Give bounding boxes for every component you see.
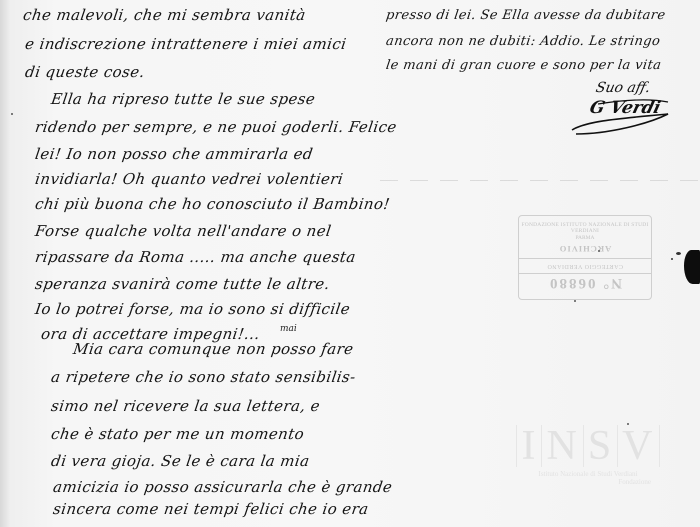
- stamp-city: PARMA: [519, 235, 651, 241]
- handwritten-line: a ripetere che io sono stato sensibilis-: [50, 368, 357, 386]
- handwritten-line: lei! Io non posso che ammirarla ed: [34, 145, 314, 163]
- page-edge-shadow: [0, 0, 10, 527]
- handwritten-line: che malevoli, che mi sembra vanità: [22, 6, 307, 24]
- paper-speck: [598, 250, 600, 252]
- signature-closing: Suo aff.: [594, 80, 652, 96]
- handwritten-line: Mia cara comunque non posso fare: [72, 340, 355, 358]
- stamp-collection: CARTEGGIO VERDIANO: [519, 259, 651, 273]
- ink-speck: [671, 258, 673, 260]
- stamp-institution: FONDAZIONE ISTITUTO NAZIONALE DI STUDI V…: [519, 216, 651, 234]
- handwritten-line: Forse qualche volta nell'andare o nel: [34, 222, 333, 240]
- handwritten-line: Ella ha ripreso tutte le sue spese: [50, 90, 316, 108]
- handwritten-line: ancora non ne dubiti: Addio. Le stringo: [385, 34, 661, 49]
- insv-watermark: I N S V Istituto Nazionale di Studi Verd…: [513, 425, 663, 487]
- stamp-number: N° 06880: [519, 274, 651, 292]
- handwritten-line: che è stato per me un momento: [50, 425, 305, 443]
- paper-speck: [574, 300, 576, 302]
- handwritten-line: chi più buona che ho conosciuto il Bambi…: [34, 195, 391, 213]
- handwritten-line: di vera gioja. Se le è cara la mia: [50, 452, 311, 470]
- paper-speck: [11, 113, 13, 115]
- handwritten-line: sincera come nei tempi felici che io era: [52, 500, 370, 518]
- fold-crease: [380, 180, 700, 181]
- handwritten-line: ridendo per sempre, e ne puoi goderli. F…: [34, 118, 398, 136]
- signature: Suo aff. G Verdi: [568, 80, 678, 130]
- handwritten-line: invidiarla! Oh quanto vedrei volentieri: [34, 170, 344, 188]
- watermark-subtitle-2: Fondazione: [513, 478, 663, 486]
- handwritten-line: amicizia io posso assicurarla che è gran…: [52, 478, 394, 496]
- stamp-archive: ARCHIVIO: [519, 244, 651, 254]
- signature-name: G Verdi: [588, 98, 663, 118]
- watermark-subtitle: Istituto Nazionale di Studi Verdiani: [513, 470, 663, 478]
- paper-speck: [627, 423, 629, 425]
- ink-blot: [684, 250, 700, 284]
- watermark-logo: I N S V: [513, 425, 663, 467]
- handwritten-line: le mani di gran cuore e sono per la vita: [385, 58, 662, 73]
- ink-speck: [676, 252, 681, 255]
- handwritten-line: simo nel ricevere la sua lettera, e: [50, 397, 321, 415]
- handwritten-line: di queste cose.: [24, 63, 146, 81]
- handwritten-line: Io lo potrei forse, ma io sono si diffic…: [34, 300, 351, 318]
- handwritten-line: presso di lei. Se Ella avesse da dubitar…: [385, 8, 667, 23]
- handwritten-line: e indiscrezione intrattenere i miei amic…: [24, 35, 348, 53]
- archive-stamp: FONDAZIONE ISTITUTO NAZIONALE DI STUDI V…: [518, 215, 652, 300]
- letter-page: che malevoli, che mi sembra vanità e ind…: [0, 0, 700, 527]
- handwritten-line: speranza svanirà come tutte le altre.: [34, 275, 331, 293]
- insertion-mark: mai: [280, 324, 297, 334]
- handwritten-line: ripassare da Roma ..... ma anche questa: [34, 248, 357, 266]
